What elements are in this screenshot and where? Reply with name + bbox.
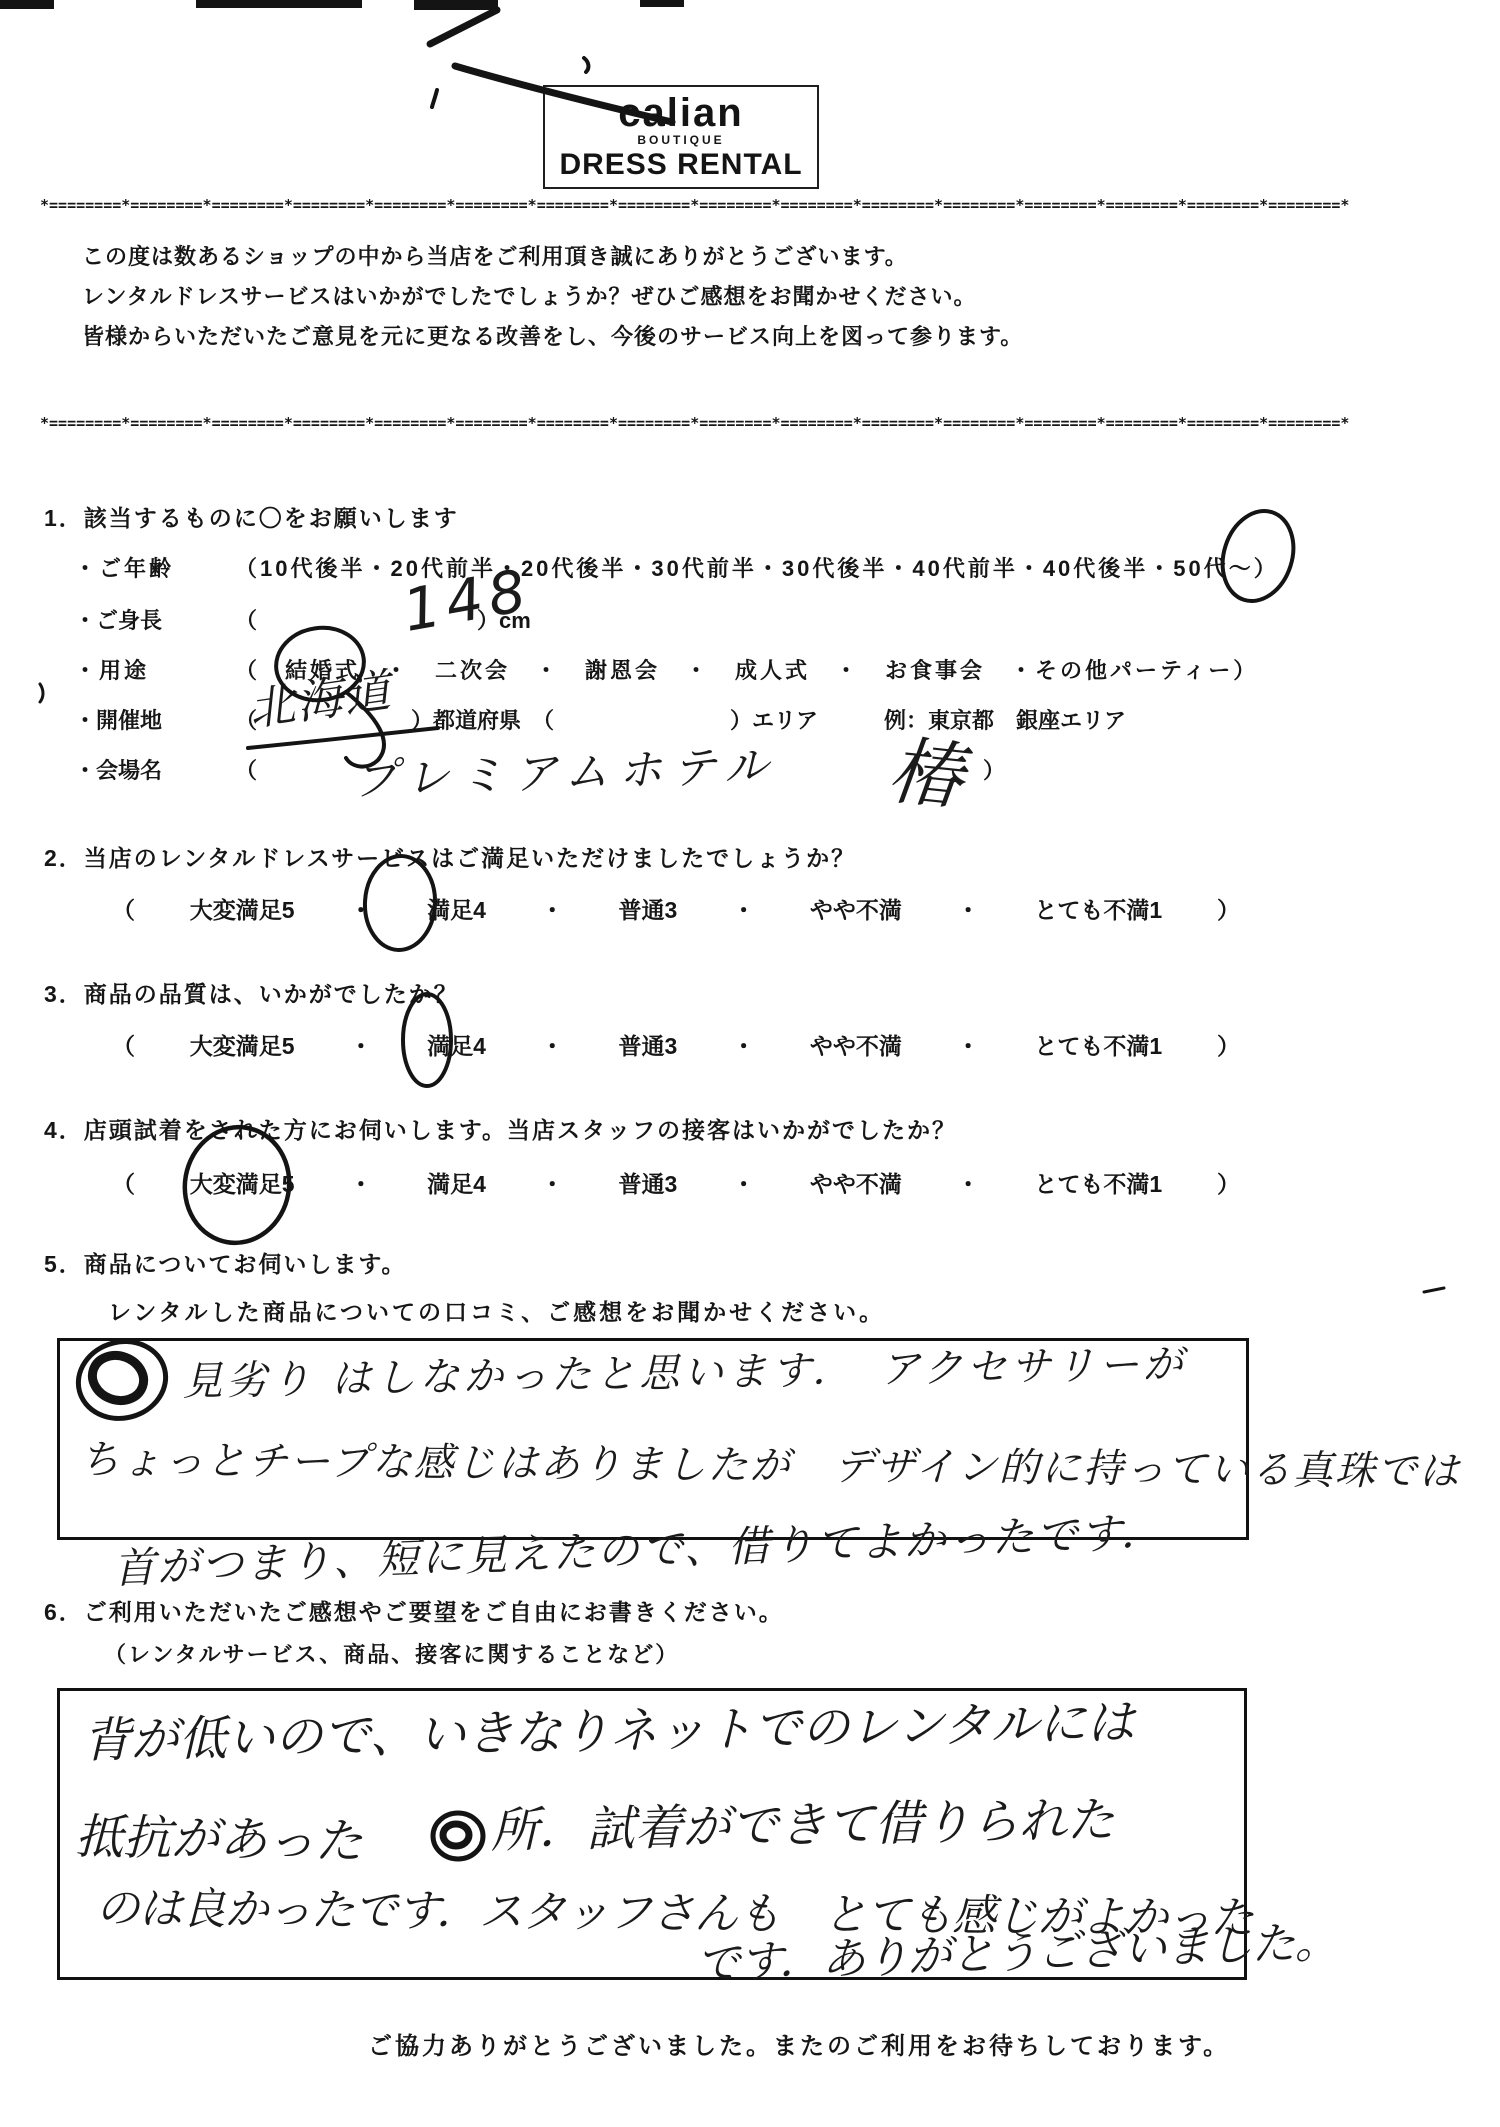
scan-artifact-pen-stroke bbox=[430, 10, 497, 44]
purpose-wedding-selection-circle bbox=[271, 622, 368, 706]
q2-rating-selection-circle bbox=[363, 854, 438, 952]
q5-scribble-blob bbox=[70, 1332, 175, 1428]
age-50s-selection-circle bbox=[1211, 502, 1304, 611]
scan-artifact-bar bbox=[414, 0, 498, 10]
q4-rating-selection-circle bbox=[176, 1119, 299, 1251]
scan-artifact-pen-stroke bbox=[455, 66, 672, 122]
q5-scribble-blob-inner bbox=[86, 1348, 150, 1407]
scan-artifact-mark bbox=[1424, 1288, 1444, 1292]
prefecture-underline-stroke bbox=[248, 728, 438, 748]
scan-artifact-bar bbox=[0, 0, 54, 9]
purpose-circle-tail-stroke bbox=[346, 692, 384, 767]
q6-scribble-blob-inner bbox=[443, 1824, 469, 1846]
scan-artifact-bar bbox=[196, 0, 362, 8]
scan-artifact-mark bbox=[40, 684, 43, 702]
handwritten-annotations-layer bbox=[0, 0, 1500, 2127]
scan-artifact-bar bbox=[640, 0, 684, 7]
scan-artifact-mark bbox=[432, 90, 437, 107]
scanned-survey-page: calian BOUTIQUE DRESS RENTAL *========*=… bbox=[0, 0, 1500, 2127]
q3-rating-selection-circle bbox=[403, 994, 451, 1086]
scan-artifact-mark bbox=[584, 58, 588, 72]
